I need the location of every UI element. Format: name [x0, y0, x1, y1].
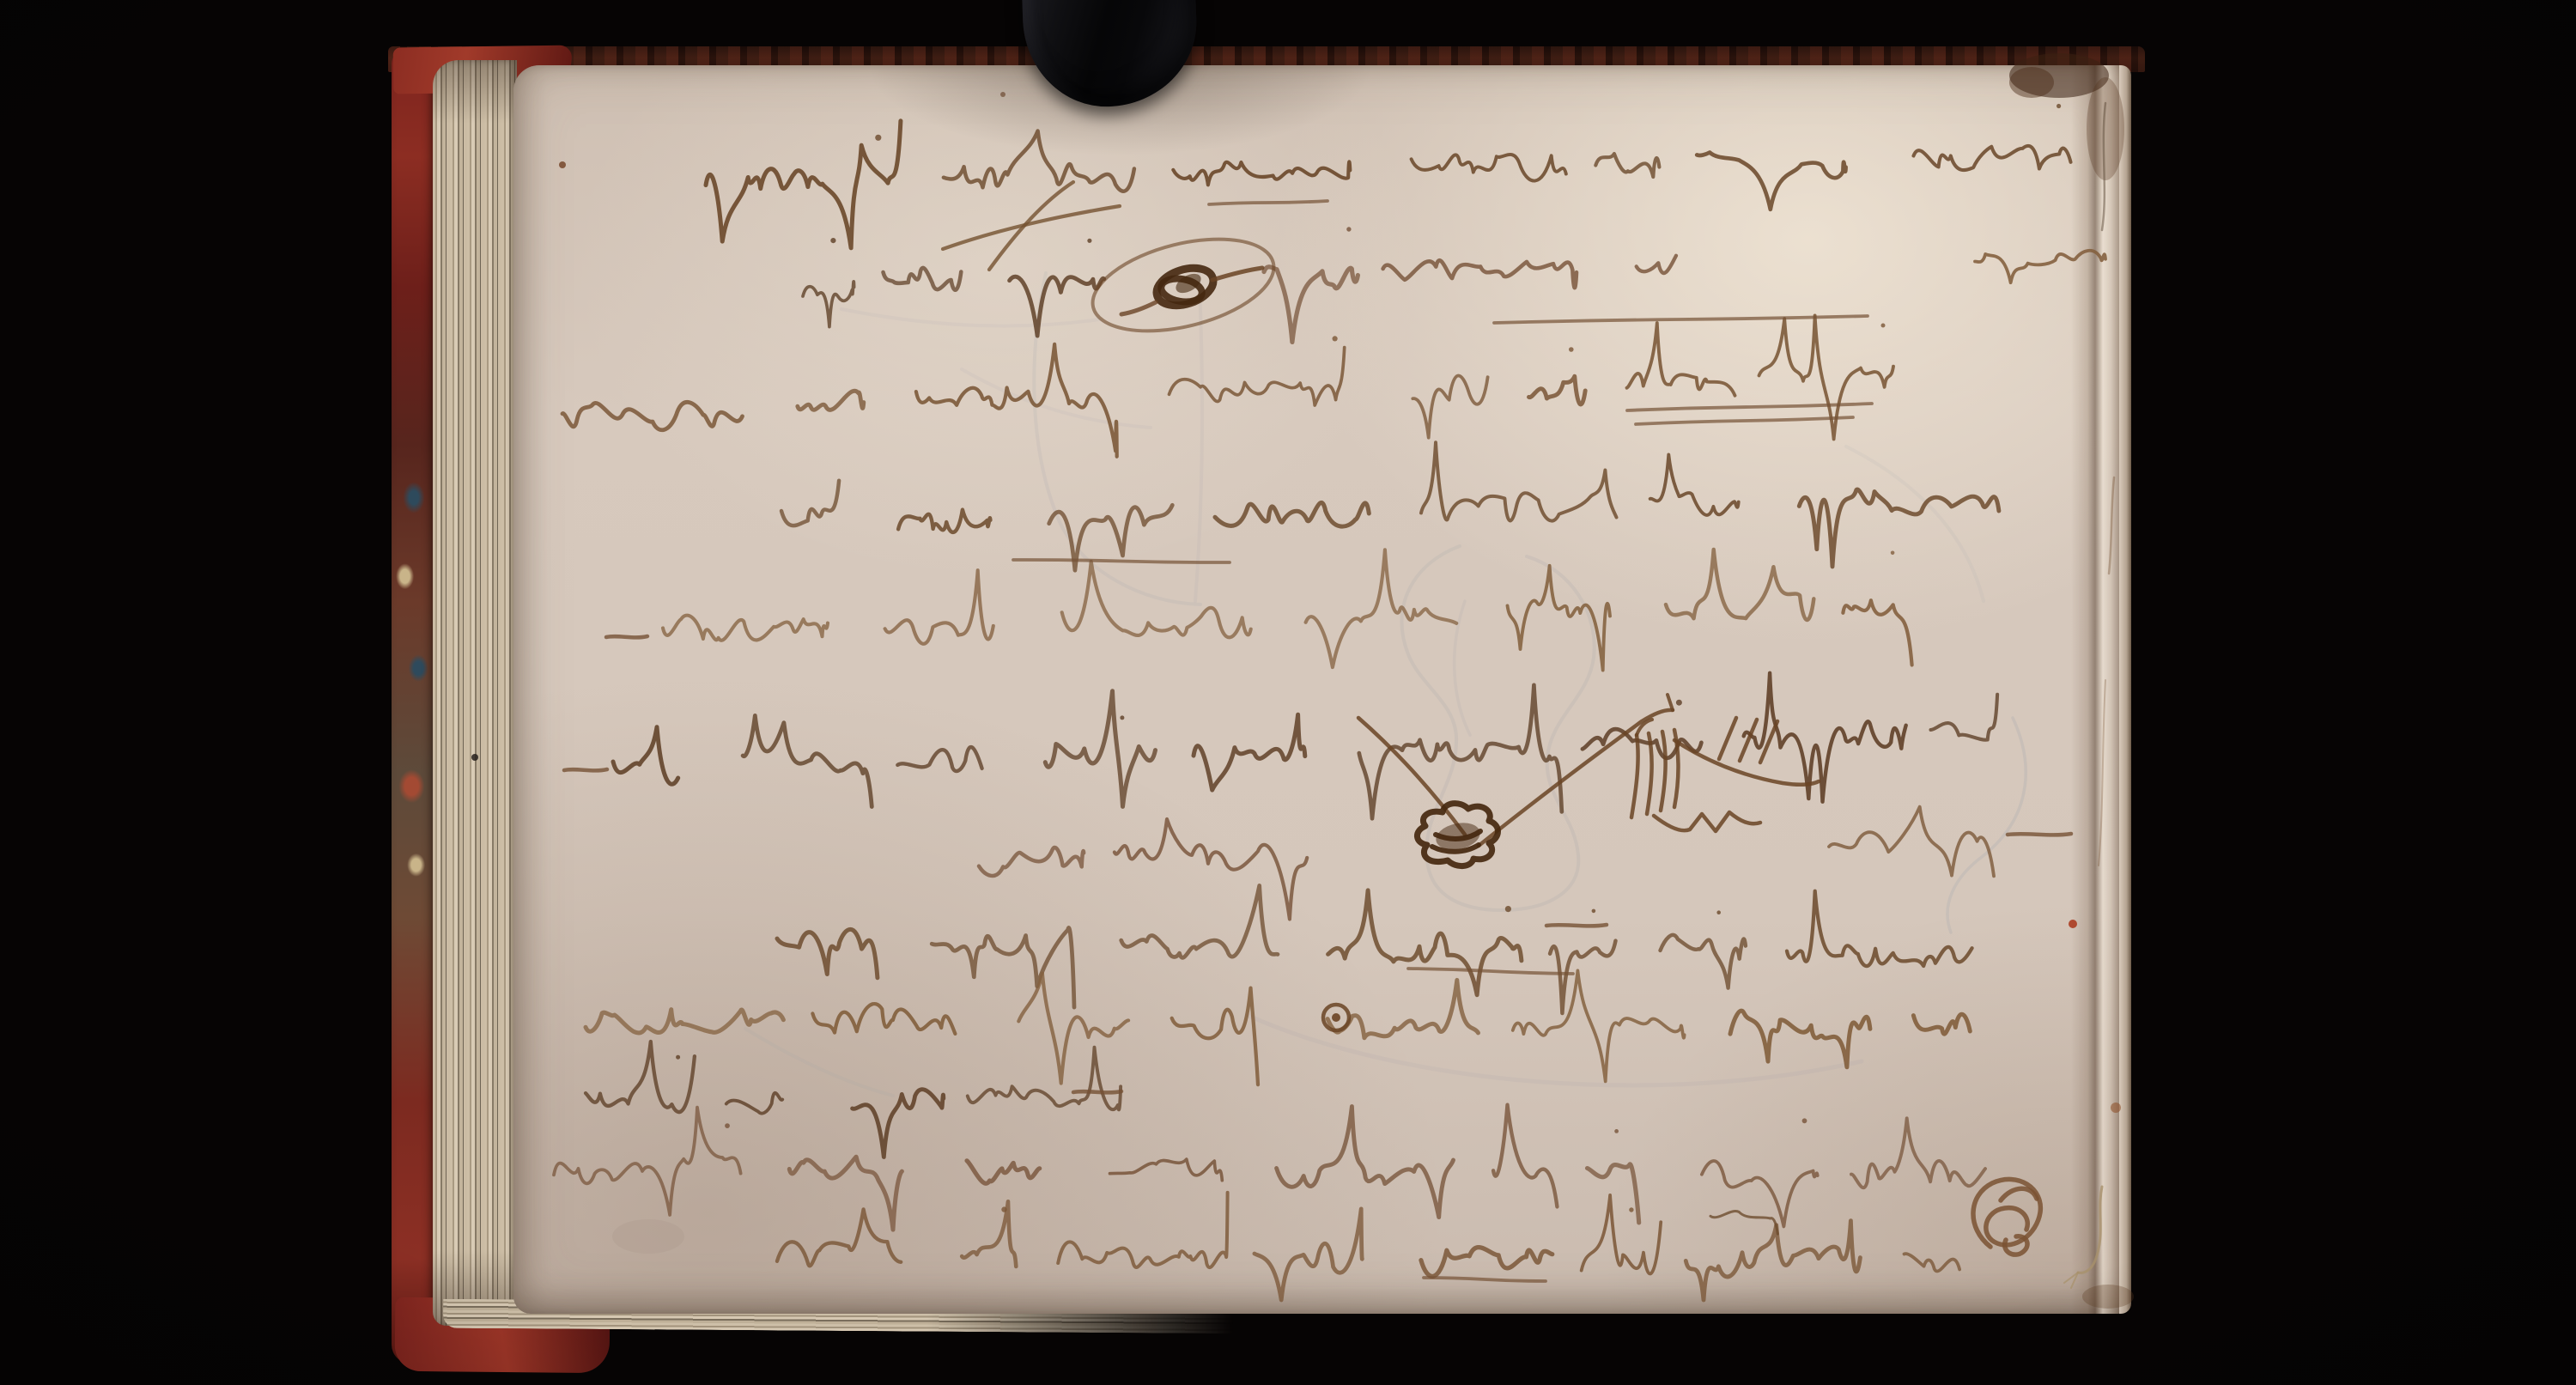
ink-drawing-layer [0, 0, 2576, 1385]
pencil-ghost-layer [745, 266, 2026, 1096]
thread-fibers [2064, 103, 2105, 1288]
photograph-stage [0, 0, 2576, 1385]
handwriting-layer [554, 104, 2114, 1300]
monogram-flourish [1973, 1179, 2040, 1254]
